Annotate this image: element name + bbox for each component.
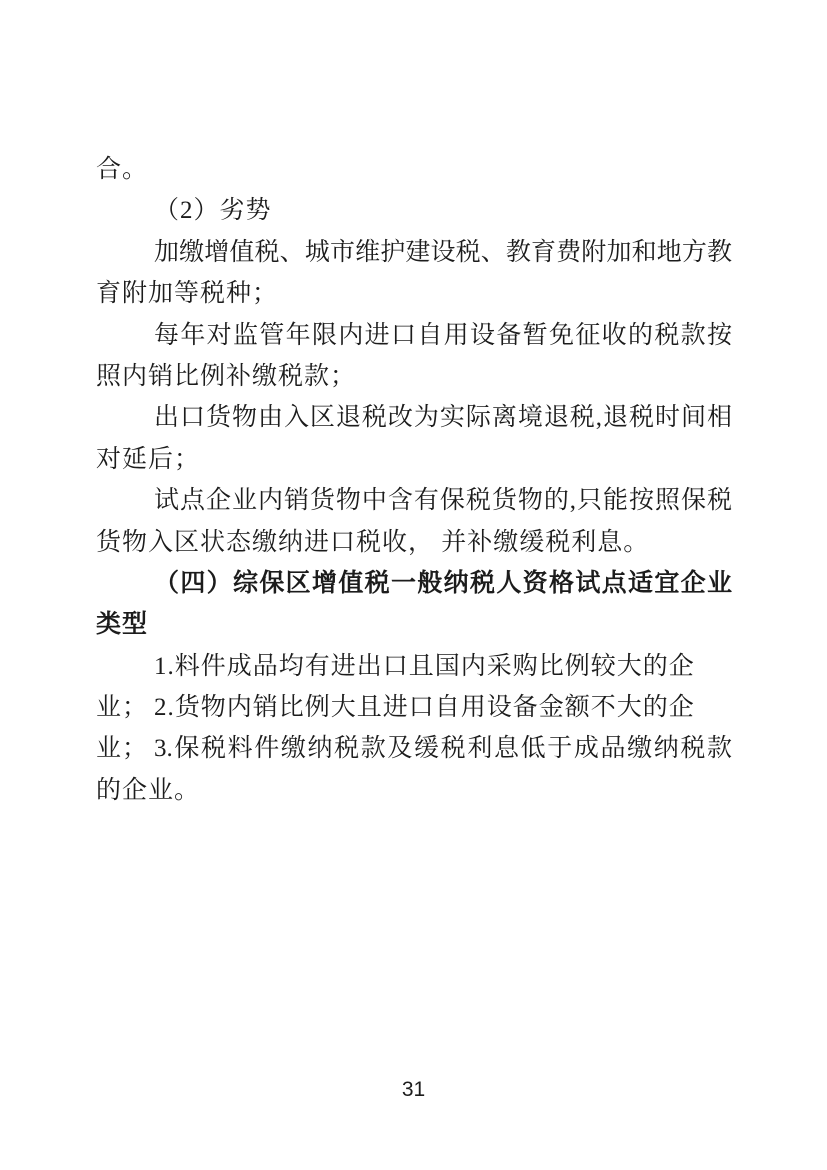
text-line: （四）综保区增值税一般纳税人资格试点适宜企业 [96, 563, 732, 604]
document-body: 合。（2）劣势加缴增值税、城市维护建设税、教育费附加和地方教育附加等税种；每年对… [96, 149, 732, 811]
text-line: 每年对监管年限内进口自用设备暂免征收的税款按 [96, 315, 732, 356]
text-line: 类型 [96, 604, 732, 645]
text-line: 2.货物内销比例大且进口自用设备金额不大的企业； [96, 687, 732, 728]
text-line: 育附加等税种； [96, 273, 732, 314]
text-line: 出口货物由入区退税改为实际离境退税,退税时间相 [96, 397, 732, 438]
document-page: 合。（2）劣势加缴增值税、城市维护建设税、教育费附加和地方教育附加等税种；每年对… [0, 0, 827, 1170]
text-line: 合。 [96, 149, 732, 190]
text-line: 的企业。 [96, 770, 732, 811]
text-line: 3.保税料件缴纳税款及缓税利息低于成品缴纳税款 [96, 728, 732, 769]
text-line: 1.料件成品均有进出口且国内采购比例较大的企业； [96, 646, 732, 687]
text-line: （2）劣势 [96, 190, 732, 231]
page-number: 31 [0, 1078, 827, 1102]
text-line: 照内销比例补缴税款； [96, 356, 732, 397]
text-line: 货物入区状态缴纳进口税收， 并补缴缓税利息。 [96, 522, 732, 563]
text-line: 试点企业内销货物中含有保税货物的,只能按照保税 [96, 480, 732, 521]
text-line: 加缴增值税、城市维护建设税、教育费附加和地方教 [96, 232, 732, 273]
text-line: 对延后； [96, 439, 732, 480]
